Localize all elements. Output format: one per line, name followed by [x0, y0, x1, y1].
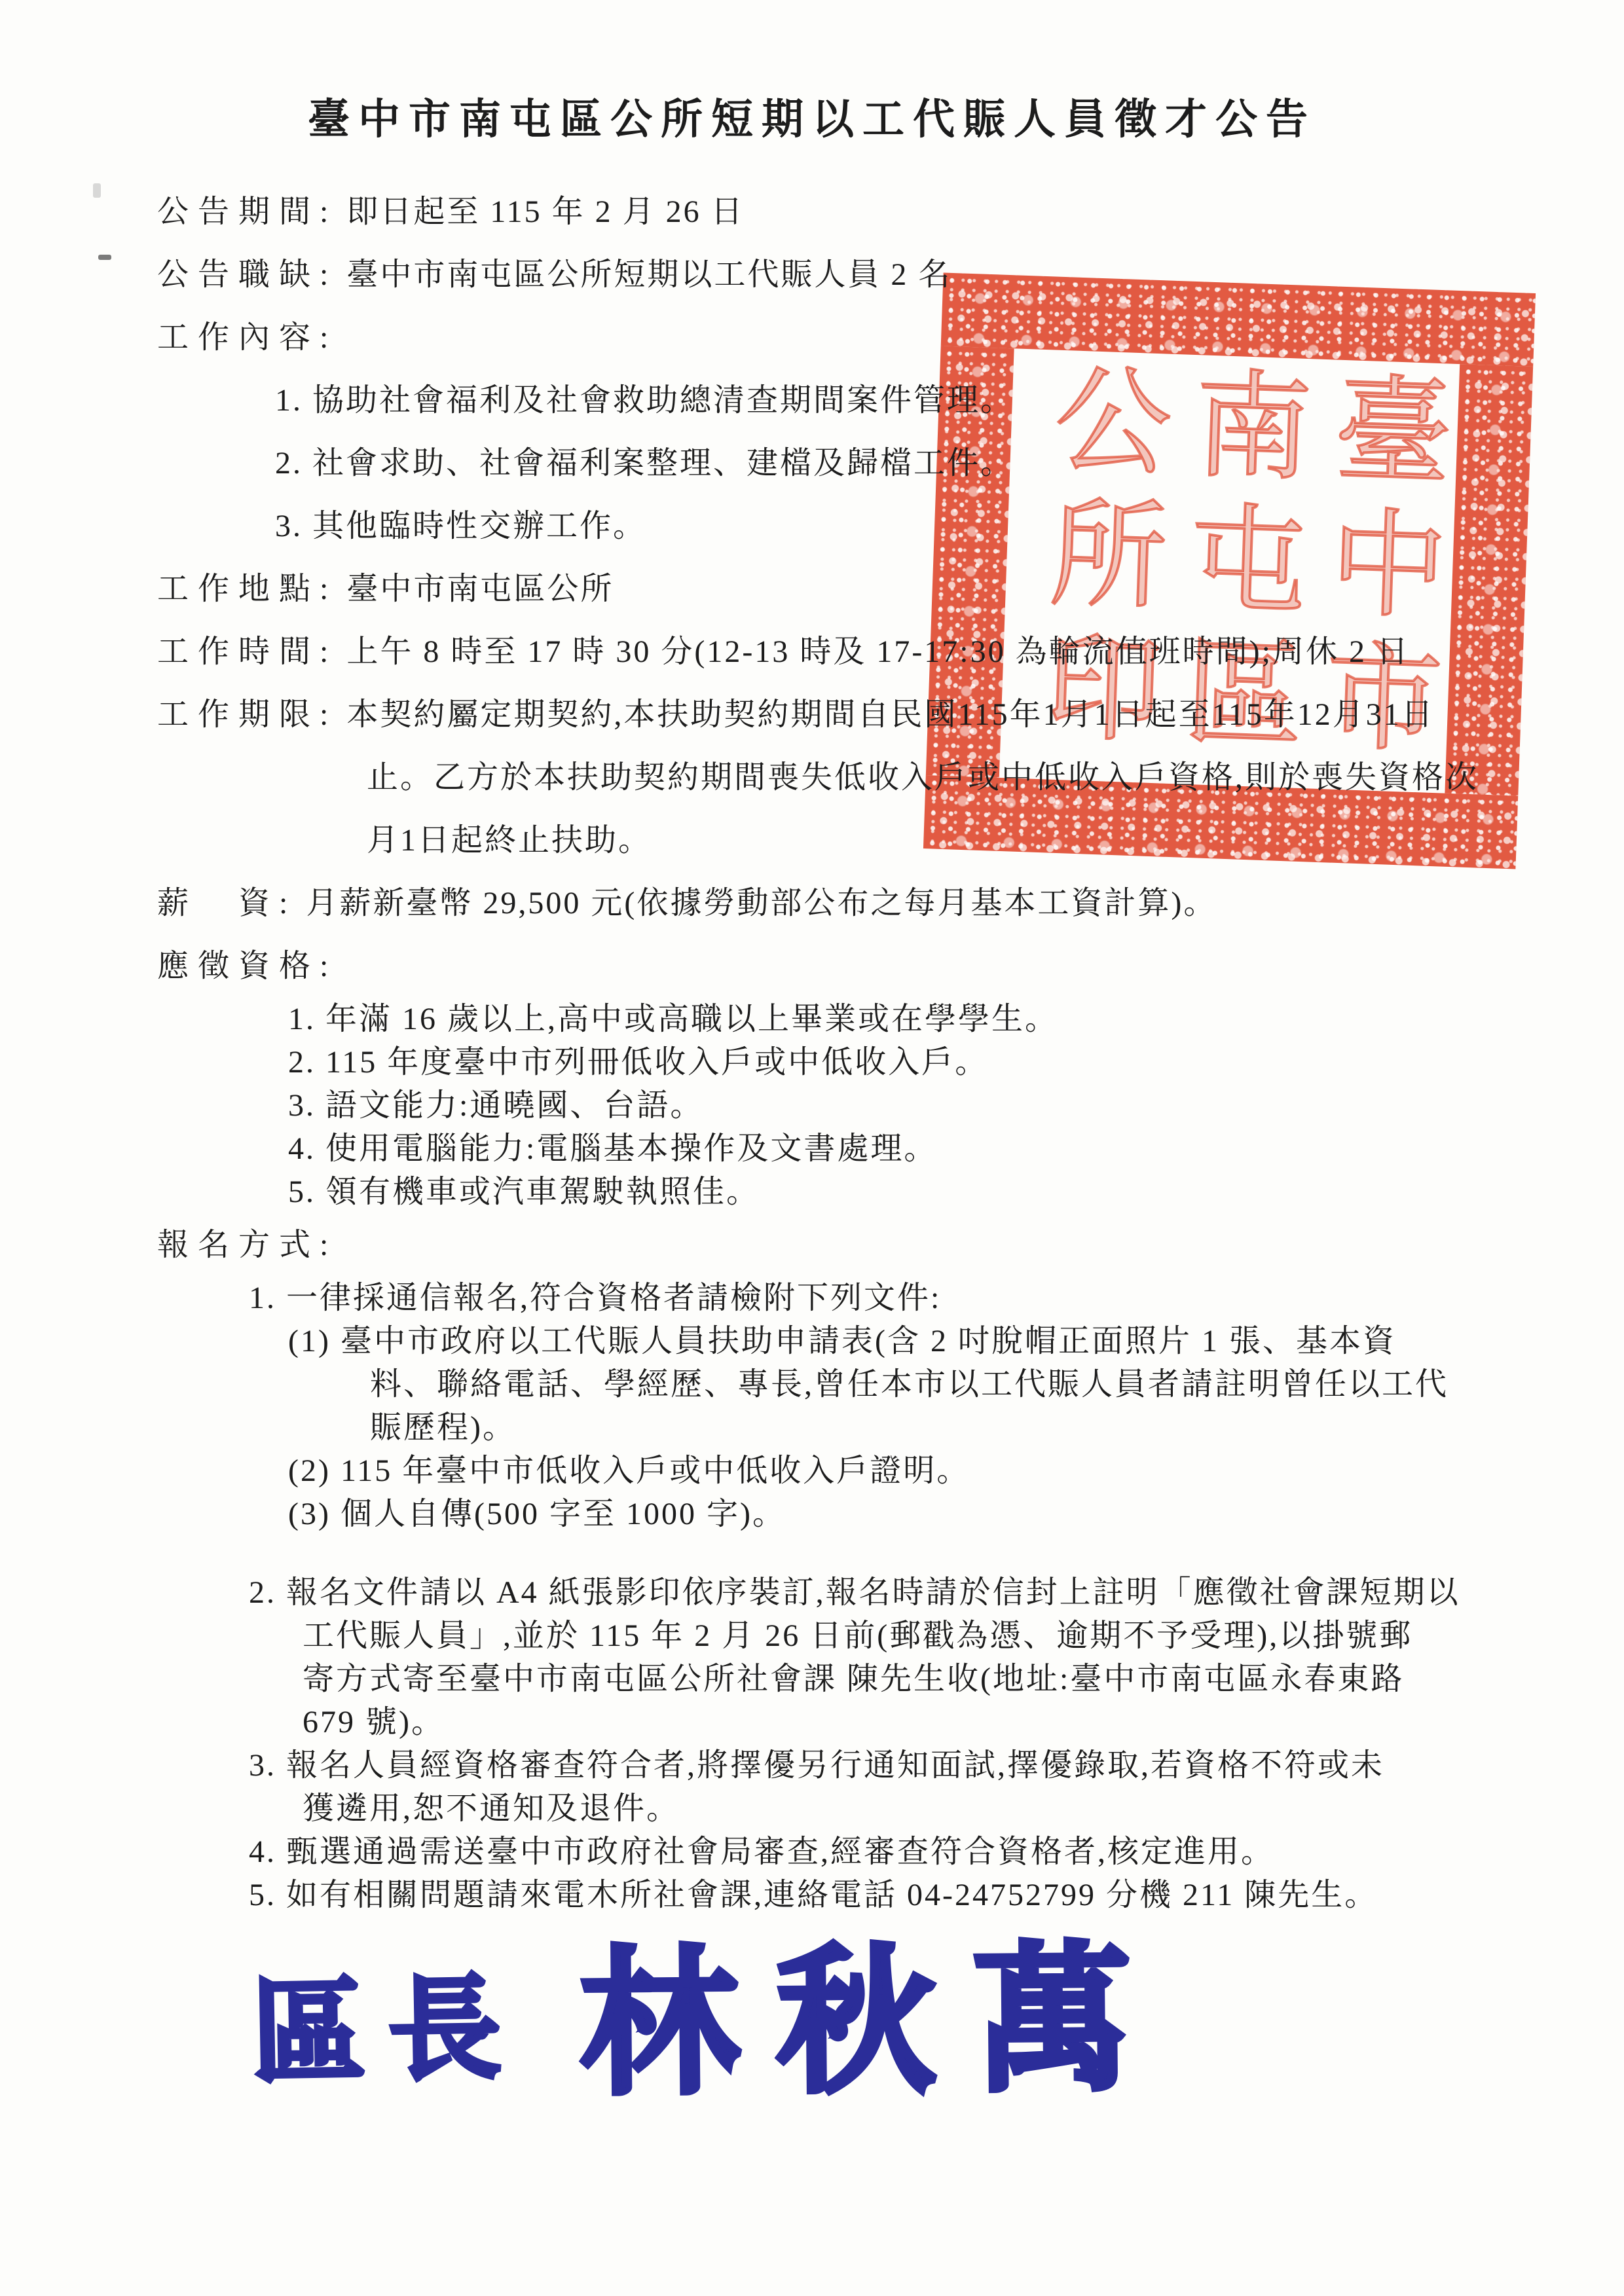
field-label: 工作內容:	[157, 320, 337, 355]
qualification-item: 4. 使用電腦能力:電腦基本操作及文書處理。	[0, 1127, 1624, 1171]
apply-item: 5. 如有相關問題請來電木所社會課,連絡電話 04-24752799 分機 21…	[0, 1874, 1624, 1917]
field-apply-label: 報名方式:	[0, 1214, 1624, 1277]
announcement-page: 臺中市南屯區公所印 臺中市南屯區公所短期以工代賑人員徵才公告 公告期間:即日起至…	[0, 0, 1624, 2296]
apply-item-line: 寄方式寄至臺中市南屯區公所社會課 陳先生收(地址:臺中市南屯區永春東路	[0, 1658, 1624, 1701]
field-label: 報名方式:	[157, 1228, 337, 1262]
field-label: 公告職缺:	[157, 257, 337, 292]
field-vacancy: 公告職缺:臺中市南屯區公所短期以工代賑人員 2 名	[0, 244, 1624, 306]
field-announce-period: 公告期間:即日起至 115 年 2 月 26 日	[0, 181, 1624, 244]
document-body: 臺中市南屯區公所短期以工代賑人員徵才公告 公告期間:即日起至 115 年 2 月…	[0, 0, 1624, 2103]
apply-doc-item: (1) 臺中市政府以工代賑人員扶助申請表(含 2 吋脫帽正面照片 1 張、基本資	[0, 1320, 1624, 1363]
field-label: 薪 資:	[157, 886, 297, 920]
apply-item-line: 工代賑人員」,並於 115 年 2 月 26 日前(郵戳為憑、逾期不予受理),以…	[0, 1614, 1624, 1658]
field-term: 工作期限:本契約屬定期契約,本扶助契約期間自民國115年1月1日起至115年12…	[0, 683, 1624, 746]
field-value: 臺中市南屯區公所短期以工代賑人員 2 名	[346, 257, 951, 292]
field-term-line: 月1日起終止扶助。	[0, 809, 1624, 872]
field-label: 工作時間:	[157, 634, 337, 669]
field-value: 本契約屬定期契約,本扶助契約期間自民國115年1月1日起至115年12月31日	[346, 697, 1434, 732]
field-value: 臺中市南屯區公所	[346, 572, 614, 606]
field-term-line: 止。乙方於本扶助契約期間喪失低收入戶或中低收入戶資格,則於喪失資格次	[0, 746, 1624, 809]
signer-name: 林秋萬	[580, 1942, 1170, 2105]
apply-item: 3. 報名人員經資格審查符合者,將擇優另行通知面試,擇優錄取,若資格不符或未	[0, 1744, 1624, 1787]
duty-item: 3. 其他臨時性交辦工作。	[0, 495, 1624, 558]
apply-doc-item: (2) 115 年臺中市低收入戶或中低收入戶證明。	[0, 1449, 1624, 1493]
field-location: 工作地點:臺中市南屯區公所	[0, 558, 1624, 621]
qualification-item: 2. 115 年度臺中市列冊低收入戶或中低收入戶。	[0, 1041, 1624, 1084]
field-hours: 工作時間:上午 8 時至 17 時 30 分(12-13 時及 17-17:30…	[0, 621, 1624, 683]
apply-doc-item: (3) 個人自傳(500 字至 1000 字)。	[0, 1493, 1624, 1536]
field-label: 工作期限:	[157, 697, 337, 732]
duty-item: 1. 協助社會福利及社會救助總清查期間案件管理。	[0, 369, 1624, 432]
field-value: 月薪新臺幣 29,500 元(依據勞動部公布之每月基本工資計算)。	[306, 886, 1217, 920]
field-qualifications-label: 應徵資格:	[0, 935, 1624, 998]
field-label: 公告期間:	[157, 194, 337, 229]
qualification-item: 3. 語文能力:通曉國、台語。	[0, 1084, 1624, 1127]
apply-item-line: 獲遴用,恕不通知及退件。	[0, 1787, 1624, 1831]
signer-title: 區長	[251, 1973, 526, 2090]
field-duties-label: 工作內容:	[0, 306, 1624, 369]
apply-item: 4. 甄選通過需送臺中市政府社會局審查,經審查符合資格者,核定進用。	[0, 1831, 1624, 1874]
duty-item: 2. 社會求助、社會福利案整理、建檔及歸檔工件。	[0, 432, 1624, 495]
field-label: 工作地點:	[157, 572, 337, 606]
apply-item: 2. 報名文件請以 A4 紙張影印依序裝訂,報名時請於信封上註明「應徵社會課短期…	[0, 1571, 1624, 1614]
qualification-item: 1. 年滿 16 歲以上,高中或高職以上畢業或在學學生。	[0, 998, 1624, 1041]
apply-item-line: 679 號)。	[0, 1701, 1624, 1744]
qualification-item: 5. 領有機車或汽車駕駛執照佳。	[0, 1171, 1624, 1214]
apply-doc-line: 賑歷程)。	[0, 1406, 1624, 1449]
field-salary: 薪 資:月薪新臺幣 29,500 元(依據勞動部公布之每月基本工資計算)。	[0, 872, 1624, 935]
field-value: 上午 8 時至 17 時 30 分(12-13 時及 17-17:30 為輪流值…	[346, 634, 1410, 669]
signature-block: 區長 林秋萬	[252, 1944, 1624, 2103]
field-label: 應徵資格:	[157, 949, 337, 983]
apply-item: 1. 一律採通信報名,符合資格者請檢附下列文件:	[0, 1277, 1624, 1320]
page-title: 臺中市南屯區公所短期以工代賑人員徵才公告	[0, 95, 1624, 145]
field-value: 即日起至 115 年 2 月 26 日	[346, 194, 744, 229]
apply-doc-line: 料、聯絡電話、學經歷、專長,曾任本市以工代賑人員者請註明曾任以工代	[0, 1363, 1624, 1406]
